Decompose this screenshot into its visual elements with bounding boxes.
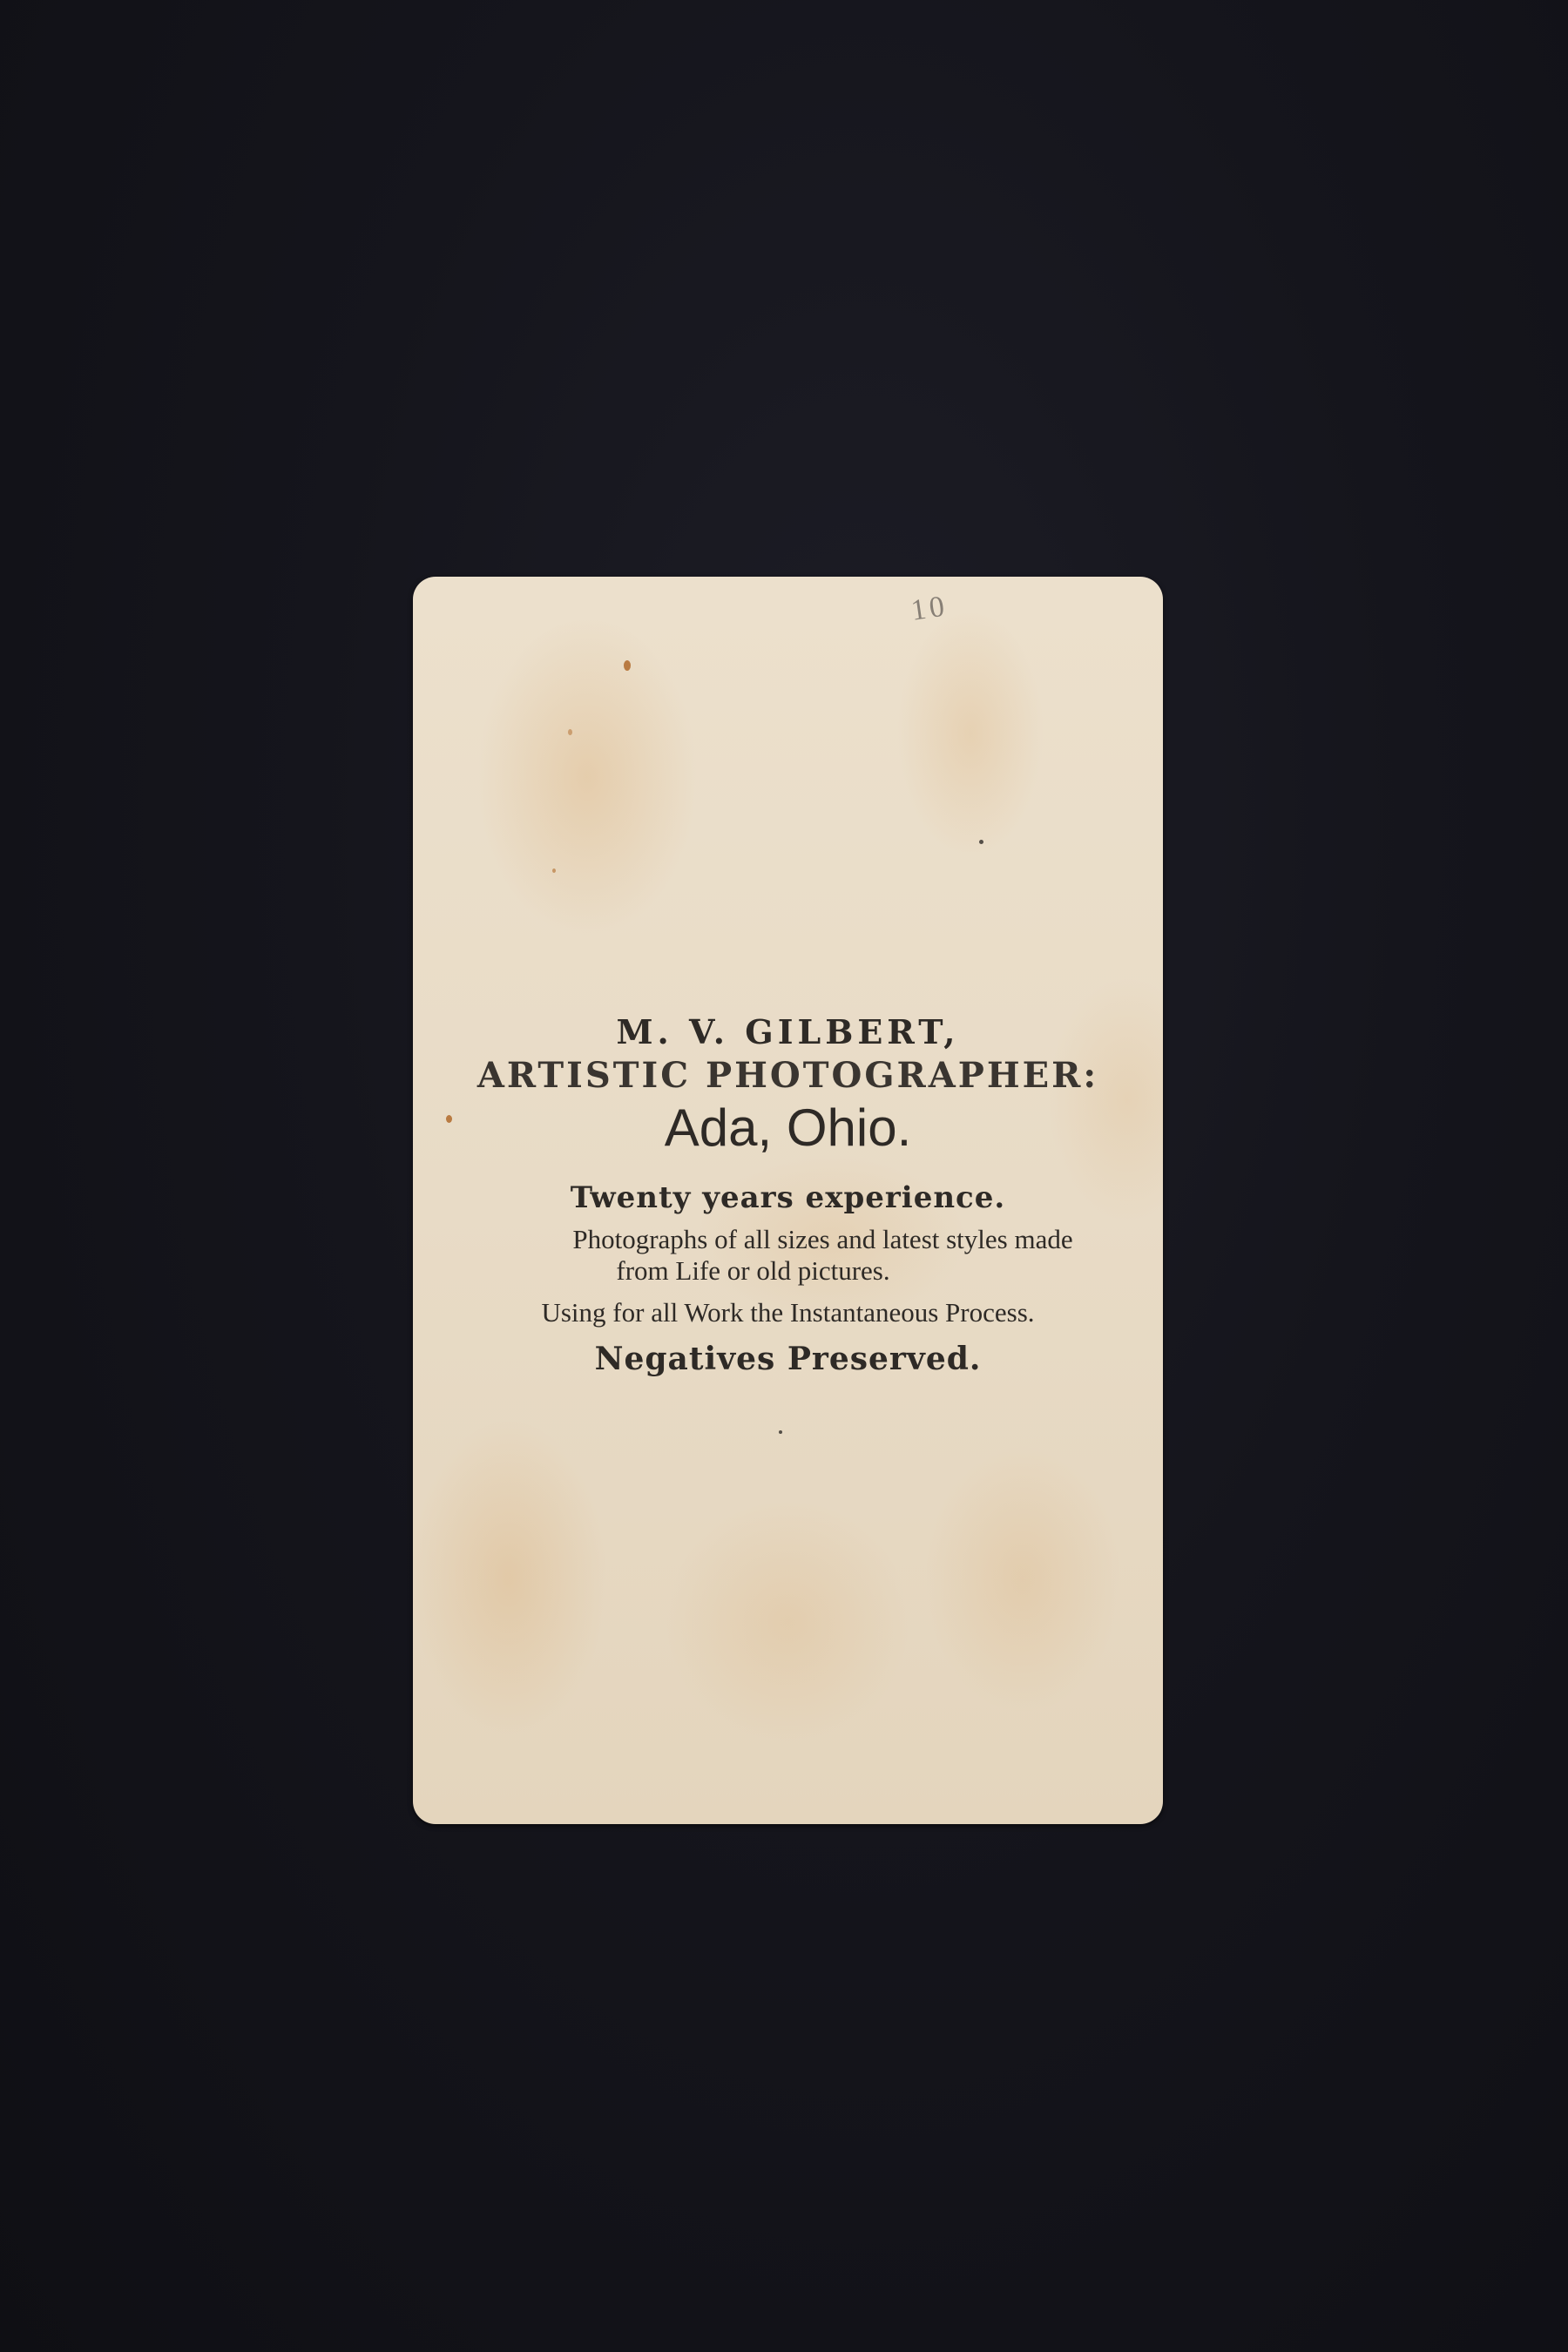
services-line-1: Photographs of all sizes and latest styl…: [413, 1224, 1163, 1255]
services-line-2: from Life or old pictures.: [413, 1255, 1163, 1287]
foxing-stain: [979, 840, 983, 844]
foxing-stain: [624, 660, 631, 671]
foxing-stain: [568, 729, 572, 735]
photograph-card-back: 10 M. V. GILBERT, ARTISTIC PHOTOGRAPHER:…: [413, 577, 1163, 1824]
photographer-name: M. V. GILBERT,: [413, 1012, 1163, 1051]
negatives-preserved: Negatives Preserved.: [413, 1341, 1163, 1377]
foxing-stain: [552, 868, 556, 873]
process-statement: Using for all Work the Instantaneous Pro…: [413, 1297, 1163, 1328]
pencil-mark: 10: [909, 590, 950, 627]
photographer-title: ARTISTIC PHOTOGRAPHER:: [413, 1055, 1163, 1096]
studio-location: Ada, Ohio.: [413, 1098, 1163, 1158]
foxing-stain: [779, 1430, 782, 1434]
photographer-imprint: M. V. GILBERT, ARTISTIC PHOTOGRAPHER: Ad…: [413, 1012, 1163, 1377]
experience-statement: Twenty years experience.: [413, 1180, 1163, 1215]
